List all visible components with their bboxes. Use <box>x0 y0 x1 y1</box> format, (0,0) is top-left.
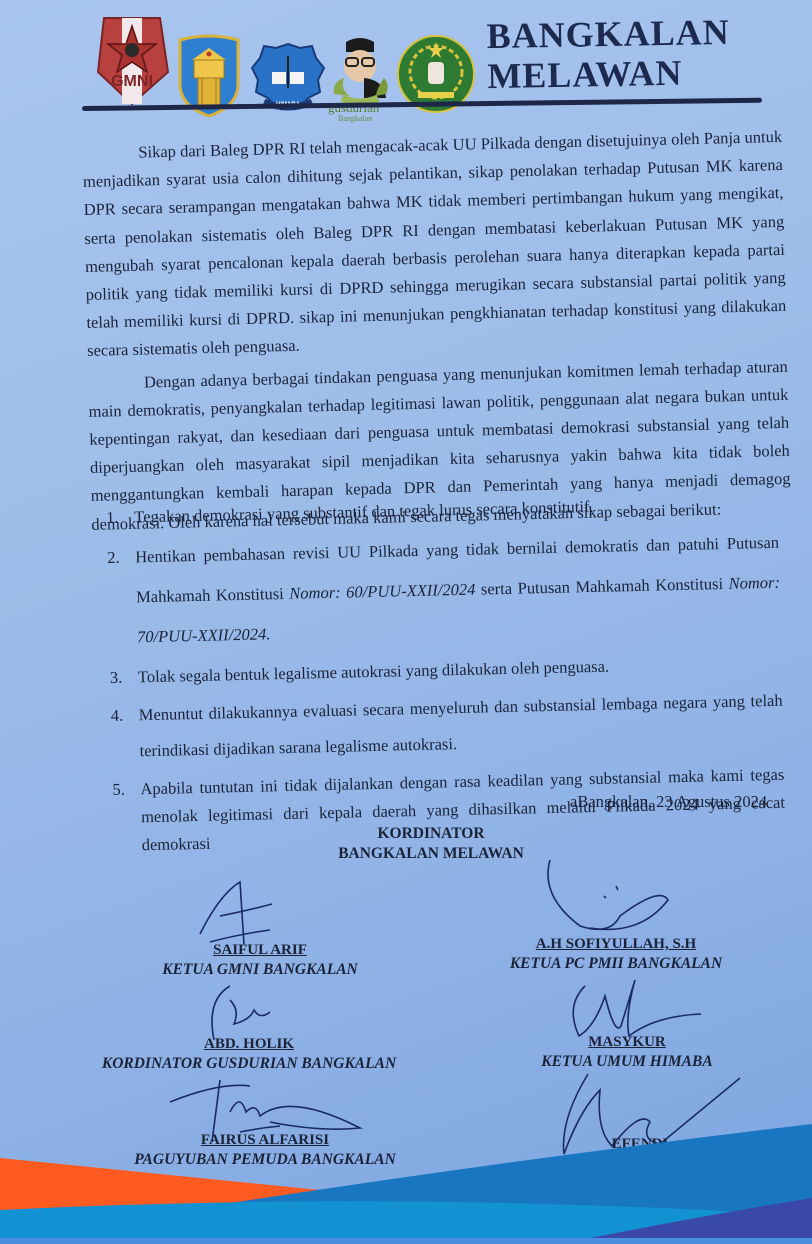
document-page: GMNI HIMABA <box>0 0 812 1244</box>
demand-item: 4. Menuntut dilakukannya evaluasi secara… <box>110 683 783 770</box>
svg-text:GMNI: GMNI <box>111 73 153 90</box>
gmni-logo-icon: GMNI <box>94 12 170 108</box>
decorative-wave-footer <box>0 1120 812 1244</box>
place-date: aBangkalan, 23 Agustus 2024 <box>570 792 767 812</box>
signatory: A.H SOFIYULLAH, S.H KETUA PC PMII BANGKA… <box>486 934 746 974</box>
page-title: BANGKALAN MELAWAN <box>486 12 730 96</box>
coordinator-heading: KORDINATOR BANGKALAN MELAWAN <box>326 824 536 864</box>
signature-scribble-icon <box>520 856 680 946</box>
signatory: MASYKUR KETUA UMUM HIMABA <box>512 1032 742 1072</box>
letter-body: Sikap dari Baleg DPR RI telah mengacak-a… <box>82 123 792 539</box>
signatory: SAIFUL ARIF KETUA GMNI BANGKALAN <box>140 940 380 980</box>
decision-number-60: Nomor: 60/PUU-XXII/2024 <box>289 580 476 603</box>
demand-item: 2. Hentikan pembahasan revisi UU Pilkada… <box>107 523 782 658</box>
paragraph-1: Sikap dari Baleg DPR RI telah mengacak-a… <box>82 123 787 366</box>
signatory: ABD. HOLIK KORDINATOR GUSDURIAN BANGKALA… <box>74 1034 424 1074</box>
